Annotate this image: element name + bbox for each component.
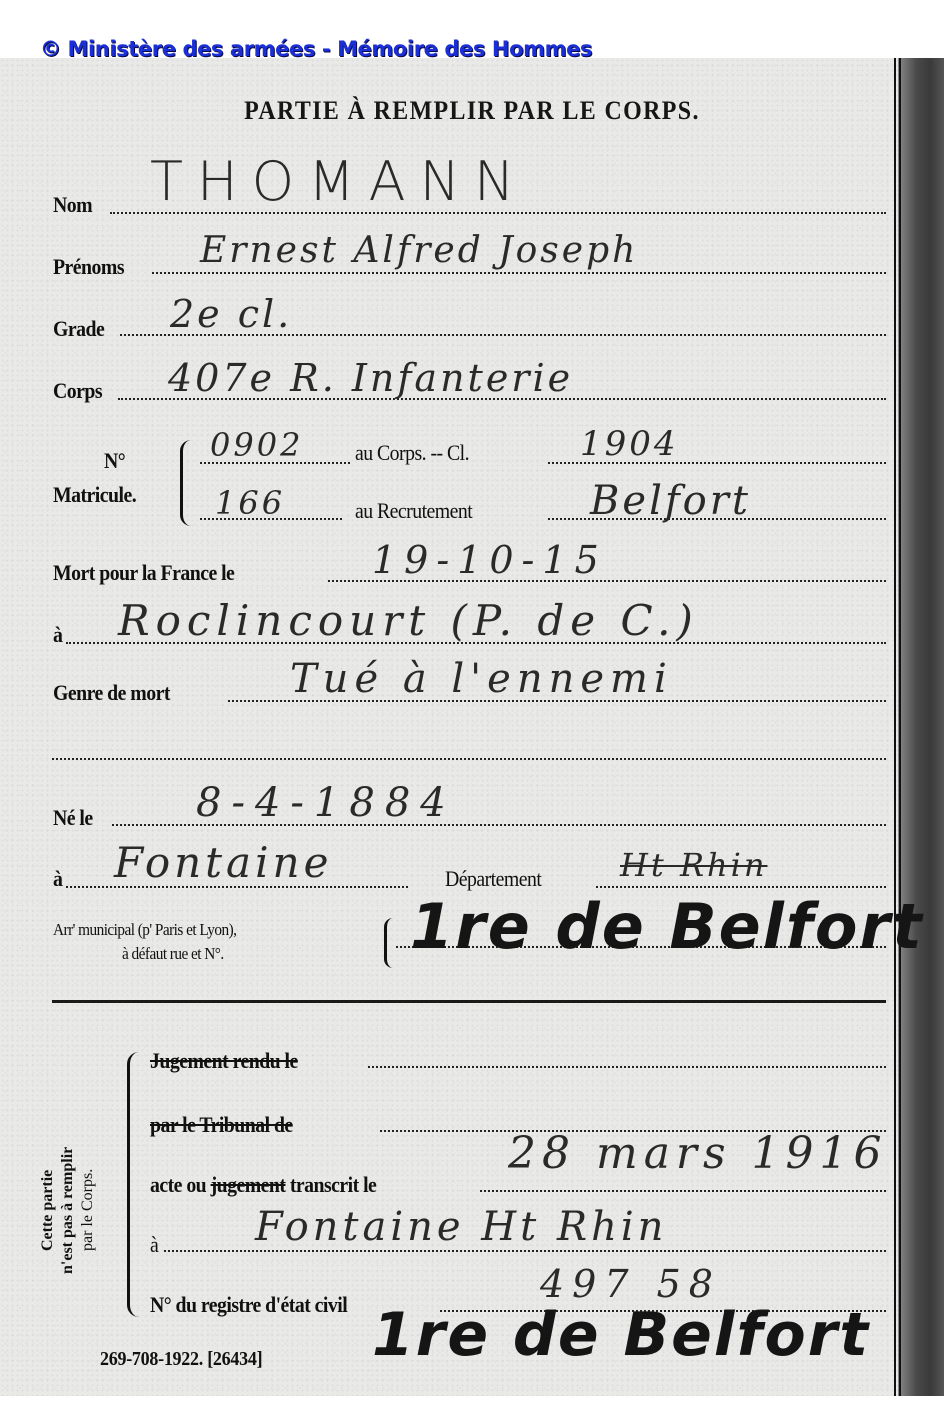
mort-a-label: à xyxy=(53,622,62,648)
registre-correction: 1re de Belfort xyxy=(372,1300,870,1370)
transcrit-value: 28 mars 1916 xyxy=(508,1128,888,1179)
prenoms-label: Prénoms xyxy=(53,254,124,280)
mort-a-value: Roclincourt (P. de C.) xyxy=(118,596,699,645)
form-title: PARTIE À REMPLIR PAR LE CORPS. xyxy=(38,96,906,126)
nom-label: Nom xyxy=(53,192,92,218)
corps-value: 407e R. Infanterie xyxy=(168,356,573,400)
au-corps-value: 0902 xyxy=(210,426,303,464)
jugement-label: Jugement rendu le xyxy=(150,1048,298,1074)
card-edge-line xyxy=(894,58,896,1396)
section-divider xyxy=(52,1000,886,1003)
mort-le-value: 19-10-15 xyxy=(372,538,607,582)
form-print-reference: 269-708-1922. [26434] xyxy=(100,1348,262,1371)
jugement-label-text: Jugement rendu le xyxy=(150,1048,298,1073)
side-note-line: par le Corps. xyxy=(78,1120,98,1300)
tribunal-label: par le Tribunal de xyxy=(150,1112,293,1138)
prenoms-line xyxy=(152,272,886,274)
nom-value: THOMANN xyxy=(150,150,528,213)
transcrit-label-b: transcrit le xyxy=(290,1172,376,1197)
transcrit-line xyxy=(480,1190,886,1192)
genre-de-mort-label: Genre de mort xyxy=(53,680,170,706)
classe-value: 1904 xyxy=(580,424,679,464)
civil-a-label: à xyxy=(150,1232,158,1258)
side-note-line: Cette partie xyxy=(38,1120,58,1300)
prenoms-value: Ernest Alfred Joseph xyxy=(200,230,638,271)
civil-a-line xyxy=(164,1250,886,1252)
ne-a-value: Fontaine xyxy=(114,838,332,887)
side-note: Cette partie n'est pas à remplir par le … xyxy=(38,1120,128,1300)
tribunal-label-text: par le Tribunal de xyxy=(150,1112,293,1137)
arrondissement-label-2: à défaut rue et N°. xyxy=(122,944,224,964)
side-note-line: n'est pas à remplir xyxy=(58,1120,78,1300)
recrutement-place-value: Belfort xyxy=(590,478,751,524)
departement-label: Département xyxy=(445,866,541,892)
departement-value: Ht Rhin xyxy=(620,846,767,884)
binding-spine xyxy=(898,58,944,1396)
transcrit-label-strike: jugement xyxy=(211,1172,286,1197)
blank-line xyxy=(52,758,886,760)
bottom-margin xyxy=(0,1396,944,1417)
genre-de-mort-value: Tué à l'ennemi xyxy=(290,656,673,702)
civil-a-value: Fontaine Ht Rhin xyxy=(255,1204,667,1250)
jugement-line xyxy=(368,1066,886,1068)
departement-line xyxy=(596,886,886,888)
mort-le-label: Mort pour la France le xyxy=(53,560,234,586)
civil-section-brace xyxy=(127,1052,140,1317)
ne-le-value: 8-4-1884 xyxy=(196,780,456,826)
departement-correction: 1re de Belfort xyxy=(410,890,924,963)
corps-label: Corps xyxy=(53,378,102,404)
matricule-brace xyxy=(180,440,191,526)
ne-le-label: Né le xyxy=(53,805,93,831)
card-edge-line xyxy=(899,58,901,1396)
grade-value: 2e cl. xyxy=(170,292,292,336)
matricule-label: Matricule. xyxy=(53,482,136,508)
au-corps-label: au Corps. -- Cl. xyxy=(355,440,469,466)
ne-a-label: à xyxy=(53,866,62,892)
arrondissement-label: Arr' municipal (p' Paris et Lyon), xyxy=(53,920,236,940)
grade-label: Grade xyxy=(53,316,104,342)
recrutement-label: au Recrutement xyxy=(355,498,472,524)
recrutement-number-value: 166 xyxy=(215,484,285,522)
transcrit-label: acte ou jugement transcrit le xyxy=(150,1172,376,1198)
registre-label: N° du registre d'état civil xyxy=(150,1292,347,1318)
arrondissement-brace xyxy=(384,918,393,968)
transcrit-label-a: acte ou xyxy=(150,1172,206,1197)
matricule-label-no: N° xyxy=(104,448,125,474)
copyright-watermark: © Ministère des armées - Mémoire des Hom… xyxy=(40,37,592,61)
